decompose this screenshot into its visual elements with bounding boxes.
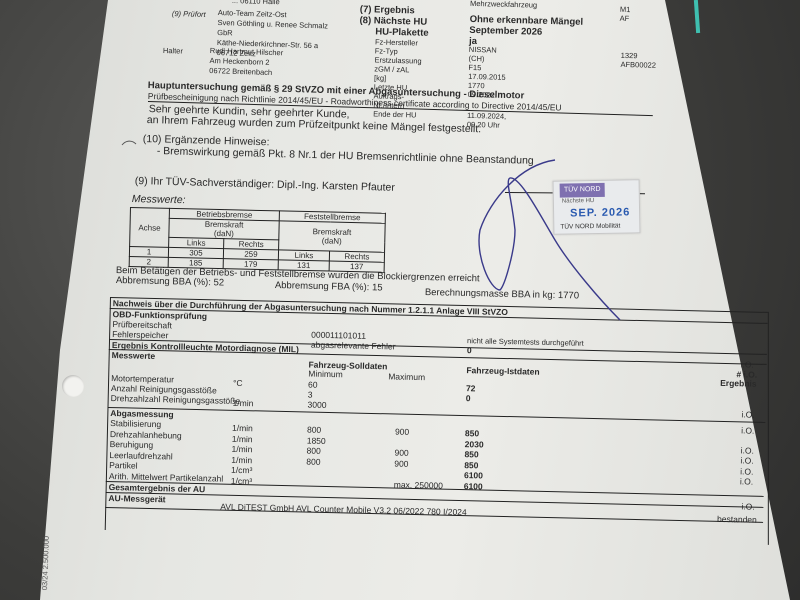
min-label: Minimum — [308, 369, 343, 380]
field-label: Ende der HU — [373, 109, 420, 119]
hu-plakette-sticker: TÜV NORD Nächste HU SEP. 2026 TÜV NORD M… — [553, 179, 641, 235]
field-value: NISSAN (CH) — [468, 45, 508, 64]
abgas-result: i.O. — [741, 425, 754, 435]
hinweise-text: - Bremswirkung gemäß Pkt. 8 Nr.1 der HU … — [157, 145, 534, 167]
au-label-cell: Partikel — [109, 460, 138, 471]
au-ist-cell: 850 — [464, 449, 478, 459]
au-ist-cell: 2030 — [465, 439, 484, 449]
field-label: zGM / zAL [kg] — [374, 64, 422, 83]
bremskraft-label: Bremskraft — [205, 220, 244, 230]
unit-label: (daN) — [214, 229, 234, 238]
au-min-cell: 3000 — [307, 400, 326, 410]
au-min-cell: 800 — [306, 456, 320, 466]
top-partial-text: ... 06110 Halle — [232, 0, 280, 6]
pruefort-label: (9) Prüfort — [172, 9, 206, 19]
achse-header: Achse — [130, 208, 170, 248]
au-result-cell: i.O. — [740, 455, 753, 465]
au-unit-cell: 1/min — [233, 398, 254, 408]
geraet-result: bestanden — [717, 514, 757, 525]
sticker-month: SEP. 2026 — [570, 206, 630, 219]
au-unit-cell: °C — [233, 378, 243, 388]
au-min-cell: 60 — [308, 380, 318, 390]
au-min-cell: 1850 — [307, 435, 326, 445]
pruefbereitschaft-note: nicht alle Systemtests durchgeführt — [467, 336, 584, 348]
sticker-sub: Nächste HU — [562, 198, 594, 205]
fba-value: Abbremsung FBA (%): 15 — [275, 280, 383, 293]
berechnungsmasse: Berechnungsmasse BBA in kg: 1770 — [425, 287, 579, 301]
au-label-cell: Beruhigung — [110, 439, 154, 450]
au-label-cell: Leerlaufdrehzahl — [109, 450, 173, 461]
sachverstaendiger: (9) Ihr TÜV-Sachverständiger: Dipl.-Ing.… — [135, 175, 395, 194]
au-result-cell: i.O. — [740, 466, 753, 476]
au-max-cell: 900 — [394, 458, 408, 468]
au-ist-cell: 850 — [464, 460, 478, 470]
hu-certificate: ... 06110 Halle (9) Prüfort Auto-Team Ze… — [0, 0, 800, 600]
ergebnis-header: Ergebnis — [720, 378, 757, 389]
fahrzeugart: Mehrzweckfahrzeug — [470, 0, 537, 10]
au-ist-cell: 850 — [465, 428, 479, 438]
margin-print: 03/24 2.500.000 — [40, 536, 51, 590]
code-af: AF — [620, 14, 630, 23]
bba-value: Abbremsung BBA (%): 52 — [116, 275, 224, 288]
au-unit-cell: 1/min — [232, 423, 253, 433]
divider — [107, 407, 765, 423]
au-section: Nachweis über die Durchführung der Abgas… — [105, 297, 770, 552]
au-result-cell: i.O. — [741, 409, 754, 419]
halter-address: Rudi Hartmut Hilscher Am Heckenborn 2 06… — [209, 46, 283, 78]
punch-hole — [62, 375, 84, 397]
naechste-hu-label: (8) Nächste HU — [359, 15, 427, 28]
au-unit-cell: 1/min — [231, 444, 252, 454]
vehicle-values: NISSAN (CH) F15 17.09.2015 1770 09.2022 … — [467, 45, 508, 130]
au-max-cell: 900 — [395, 427, 409, 437]
au-ist-cell: 0 — [466, 393, 471, 403]
messwerte-title: Messwerte: — [132, 193, 186, 206]
messwerte-label: Messwerte — [112, 350, 156, 361]
naechste-hu-value: September 2026 — [469, 25, 542, 38]
au-result-cell: i.O. — [741, 445, 754, 455]
au-border-right — [768, 312, 769, 545]
au-min-cell: 800 — [307, 425, 321, 435]
au-label-cell: Stabilisierung — [110, 418, 161, 429]
sticker-footer: TÜV NORD Mobilität — [560, 223, 620, 231]
au-label-cell: Drehzahlzahl Reinigungsgasstöße — [111, 393, 241, 406]
geraet-label: AU-Messgerät — [108, 493, 165, 504]
ist-label: Fahrzeug-Istdaten — [466, 365, 539, 377]
au-unit-cell: 1/min — [232, 433, 253, 443]
au-unit-cell: 1/min — [231, 454, 252, 464]
au-result-cell: i.O. — [740, 476, 753, 486]
sticker-brand: TÜV NORD — [560, 183, 605, 198]
au-ist-cell: 6100 — [464, 470, 483, 480]
halter-label: Halter — [163, 46, 183, 56]
unit-label: (daN) — [322, 236, 342, 245]
au-unit-cell: 1/cm³ — [231, 465, 252, 475]
halter-line: 06722 Breitenbach — [209, 66, 283, 78]
bb-bremskraft: Bremskraft(daN) — [169, 218, 279, 239]
bremskraft-label: Bremskraft — [313, 227, 352, 237]
field-extra: 1329 — [621, 51, 638, 60]
field-extra: AFB00022 — [620, 60, 656, 70]
fb-bremskraft: Bremskraft(daN) — [279, 221, 386, 252]
au-min-cell: 3 — [308, 390, 313, 400]
brake-table: Achse Betriebsbremse Feststellbremse Bre… — [129, 207, 386, 273]
au-ist-cell: 72 — [466, 383, 476, 393]
au-min-cell: 800 — [306, 446, 320, 456]
max-label: Maximum — [388, 371, 425, 382]
au-max-cell: 900 — [394, 447, 408, 457]
code-m1: M1 — [620, 5, 631, 14]
